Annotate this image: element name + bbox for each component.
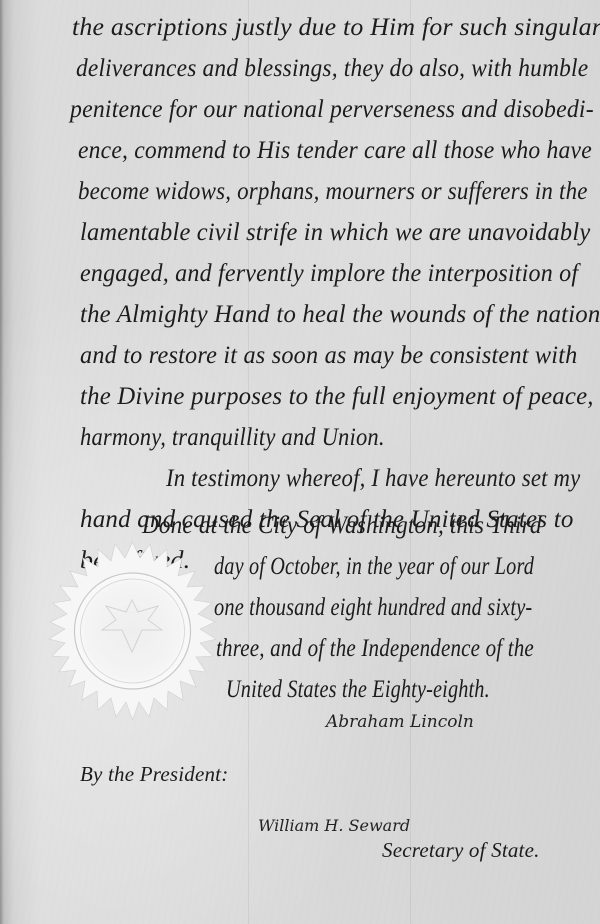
- dated-line: Done at the City of Washington, this Thi…: [142, 512, 542, 540]
- body-line: the Divine purposes to the full enjoymen…: [80, 383, 594, 411]
- dated-line: one thousand eight hundred and sixty-: [214, 594, 532, 622]
- body-line: ence, commend to His tender care all tho…: [78, 137, 592, 165]
- secretary-signature: William H. Seward: [258, 816, 410, 835]
- body-line: engaged, and fervently implore the inter…: [80, 260, 578, 288]
- great-seal-icon: [40, 540, 225, 725]
- body-line: become widows, orphans, mourners or suff…: [78, 178, 588, 206]
- dated-line: three, and of the Independence of the: [216, 635, 534, 663]
- testimony-line: In testimony whereof, I have hereunto se…: [166, 465, 580, 493]
- body-line: penitence for our national perverseness …: [70, 96, 594, 124]
- by-the-president-label: By the President:: [80, 762, 228, 787]
- body-line: and to restore it as soon as may be cons…: [80, 342, 578, 370]
- body-line: harmony, tranquillity and Union.: [80, 424, 385, 452]
- manuscript-page: the ascriptions justly due to Him for su…: [0, 0, 600, 924]
- body-line: lamentable civil strife in which we are …: [80, 219, 590, 247]
- secretary-title: Secretary of State.: [382, 838, 540, 863]
- body-line: deliverances and blessings, they do also…: [76, 55, 588, 83]
- dated-line: day of October, in the year of our Lord: [214, 553, 534, 581]
- dated-line: United States the Eighty-eighth.: [226, 676, 490, 704]
- body-line: the ascriptions justly due to Him for su…: [72, 14, 600, 42]
- body-line: the Almighty Hand to heal the wounds of …: [80, 301, 600, 329]
- president-signature: Abraham Lincoln: [326, 712, 474, 732]
